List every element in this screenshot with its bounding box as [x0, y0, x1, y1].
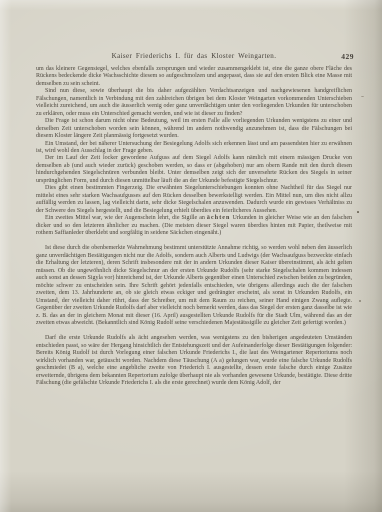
paragraph: Sind nun diese, sowie überhaupt die bis … [36, 88, 352, 118]
paragraph-text: Ein zweites Mittel war, wie der Augensch… [45, 215, 207, 221]
paragraph-text: Dies gibt einen bestimmten Fingerzeig. D… [36, 185, 352, 213]
emphasized-word: ächten [207, 215, 231, 221]
paragraph: Ein Umstand, der bei näherer Untersuchun… [36, 141, 352, 156]
page-header: Kaiser Friederichs I. für das Kloster We… [36, 52, 352, 62]
paragraph-text: Ist diese durch die obenbemerkte Wahrneh… [36, 245, 352, 326]
paragraph: Die Frage ist schon darum nicht ohne Bed… [36, 118, 352, 140]
paragraph: Der im Lauf der Zeit locker gewordene Au… [36, 155, 352, 185]
paragraph: um das kleinere Gegensiegel, welches ebe… [36, 66, 352, 88]
running-title: Kaiser Friederichs I. für das Kloster We… [36, 52, 352, 60]
paragraph: Dies gibt einen bestimmten Fingerzeig. D… [36, 185, 352, 215]
ink-speck [357, 211, 359, 213]
paragraph-text: Der im Lauf der Zeit locker gewordene Au… [36, 155, 352, 183]
paragraph: Ein zweites Mittel war, wie der Augensch… [36, 215, 352, 237]
ink-speck [359, 300, 361, 302]
ink-speck [361, 96, 364, 97]
text-block: um das kleinere Gegensiegel, welches ebe… [36, 66, 352, 388]
paragraph-text: Sind nun diese, sowie überhaupt die bis … [36, 88, 352, 116]
paragraph-text: Ein Umstand, der bei näherer Untersuchun… [36, 141, 352, 154]
paragraph-text: Darf die erste Urkunde Rudolfs als ächt … [36, 335, 352, 386]
paragraph: Darf die erste Urkunde Rudolfs als ächt … [36, 335, 352, 387]
scanned-book-page: Kaiser Friederichs I. für das Kloster We… [0, 0, 382, 512]
paragraph-text: um das kleinere Gegensiegel, welches ebe… [36, 66, 352, 87]
paragraph: Ist diese durch die obenbemerkte Wahrneh… [36, 245, 352, 327]
paragraph-text: Die Frage ist schon darum nicht ohne Bed… [36, 118, 352, 139]
page-number: 429 [341, 52, 354, 61]
